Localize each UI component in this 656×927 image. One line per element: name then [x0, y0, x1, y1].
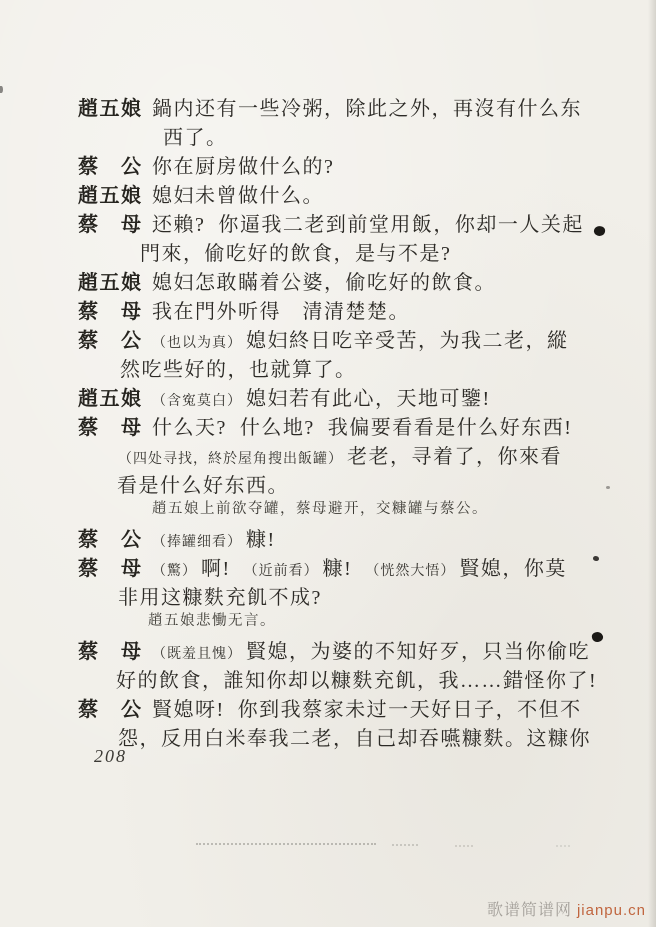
script-line: 非用这糠麩充飢不成? [0, 581, 656, 608]
script-line: 趙五娘 媳妇怎敢瞞着公婆，偷吃好的飲食。 [0, 266, 656, 293]
dialogue-text: 媳妇怎敢瞞着公婆，偷吃好的飲食。 [152, 266, 496, 295]
page-number: 208 [94, 746, 127, 767]
script-line: 蔡 公 （也以为真）媳妇終日吃辛受苦，为我二老，縱 [0, 324, 656, 351]
script-line: 好的飲食，誰知你却以糠麩充飢，我……錯怪你了! [0, 664, 656, 691]
ink-blob [0, 86, 3, 93]
speaker-name: 趙五娘 [78, 92, 143, 121]
scanned-script-page: 趙五娘 鍋内还有一些冷粥，除此之外，再沒有什么东 西了。 蔡 公 你在厨房做什么… [0, 0, 656, 927]
speaker-name: 蔡 母 [78, 552, 143, 581]
watermark-site: 歌谱简谱网 [487, 902, 577, 919]
speaker-name: 趙五娘 [78, 179, 143, 208]
stage-annotation: （恍然大悟） [365, 564, 455, 579]
dialogue-text: （捧罐细看）糠! [152, 523, 276, 552]
scan-artifact-line [196, 843, 376, 845]
stage-annotation: （捧罐细看） [152, 535, 242, 550]
script-line: 趙五娘 媳妇未曾做什么。 [0, 179, 656, 206]
scan-artifact-line [392, 844, 418, 846]
speaker-name: 蔡 公 [78, 523, 143, 552]
stage-annotation: （既羞且愧） [152, 647, 242, 662]
stage-annotation: （四处寻找，終於屋角搜出飯罐） [118, 452, 343, 467]
script-line: 趙五娘 鍋内还有一些冷粥，除此之外，再沒有什么东 [0, 92, 656, 119]
dialogue-text: 什么天? 什么地? 我偏要看看是什么好东西! [152, 411, 572, 440]
speaker-name: 蔡 母 [78, 295, 143, 324]
watermark: 歌谱简谱网 jianpu.cn [487, 897, 646, 920]
scan-artifact-line [556, 845, 570, 847]
scan-artifact-line [455, 845, 473, 847]
stage-annotation: （含寃莫白） [152, 394, 242, 409]
dialogue-text: （既羞且愧）賢媳，为婆的不知好歹，只当你偷吃 [152, 635, 590, 664]
stage-direction: 趙五娘上前欲夺罐，蔡母避开，交糠罐与蔡公。 [152, 497, 488, 518]
stage-direction: 趙五娘悲慟无言。 [148, 609, 276, 630]
script-line: 蔡 母 还賴? 你逼我二老到前堂用飯，你却一人关起 [0, 208, 656, 235]
dialogue-text: 門來，偷吃好的飲食，是与不是? [140, 237, 451, 266]
script-line: 蔡 母 什么天? 什么地? 我偏要看看是什么好东西! [0, 411, 656, 438]
script-line: 怨，反用白米奉我二老，自己却吞嚥糠麩。这糠你 [0, 722, 656, 749]
dialogue-text: 还賴? 你逼我二老到前堂用飯，你却一人关起 [152, 208, 584, 237]
script-line: 西了。 [0, 121, 656, 148]
dialogue-text: （含寃莫白）媳妇若有此心，天地可鑒! [152, 382, 491, 411]
speaker-name: 蔡 公 [78, 150, 143, 179]
speaker-name: 趙五娘 [78, 382, 143, 411]
page-edge-shadow [648, 0, 656, 927]
script-line: 蔡 公 （捧罐细看）糠! [0, 523, 656, 550]
dialogue-text: 非用这糠麩充飢不成? [118, 581, 322, 610]
stage-annotation: （也以为真） [152, 336, 242, 351]
script-line: （四处寻找，終於屋角搜出飯罐）老老，寻着了，你來看 [0, 440, 656, 467]
script-line: 門來，偷吃好的飲食，是与不是? [0, 237, 656, 264]
script-line: 趙五娘 （含寃莫白）媳妇若有此心，天地可鑒! [0, 382, 656, 409]
script-line: 看是什么好东西。 [0, 469, 656, 496]
watermark-domain: jianpu.cn [577, 902, 646, 919]
script-line: 然吃些好的，也就算了。 [0, 353, 656, 380]
script-line: 蔡 公 賢媳呀! 你到我蔡家未过一天好日子，不但不 [0, 693, 656, 720]
dialogue-text: 賢媳呀! 你到我蔡家未过一天好日子，不但不 [152, 693, 582, 722]
speaker-name: 蔡 母 [78, 208, 143, 237]
speaker-name: 趙五娘 [78, 266, 143, 295]
dialogue-text: 鍋内还有一些冷粥，除此之外，再沒有什么东 [152, 92, 582, 121]
dialogue-text: 西了。 [163, 121, 228, 150]
dialogue-text: （也以为真）媳妇終日吃辛受苦，为我二老，縱 [152, 324, 569, 353]
dialogue-text: （驚）啊! （近前看）糠! （恍然大悟）賢媳，你莫 [152, 552, 567, 581]
stage-annotation: （近前看） [244, 564, 319, 579]
ink-blob [593, 556, 599, 561]
script-line: 趙五娘上前欲夺罐，蔡母避开，交糠罐与蔡公。 [0, 497, 656, 524]
stage-annotation: （驚） [152, 564, 197, 579]
dialogue-text: 媳妇未曾做什么。 [152, 179, 324, 208]
speaker-name: 蔡 母 [78, 411, 143, 440]
script-line: 蔡 母 （驚）啊! （近前看）糠! （恍然大悟）賢媳，你莫 [0, 552, 656, 579]
speaker-name: 蔡 母 [78, 635, 143, 664]
dialogue-text: （四处寻找，終於屋角搜出飯罐）老老，寻着了，你來看 [118, 440, 562, 469]
dialogue-text: 然吃些好的，也就算了。 [120, 353, 357, 382]
script-line: 蔡 公 你在厨房做什么的? [0, 150, 656, 177]
ink-blob [606, 486, 610, 489]
dialogue-text: 看是什么好东西。 [117, 469, 289, 498]
dialogue-text: 我在門外听得 清清楚楚。 [152, 295, 410, 324]
script-line: 蔡 母 （既羞且愧）賢媳，为婆的不知好歹，只当你偷吃 [0, 635, 656, 662]
speaker-name: 蔡 公 [78, 693, 143, 722]
dialogue-text: 你在厨房做什么的? [152, 150, 334, 179]
dialogue-text: 怨，反用白米奉我二老，自己却吞嚥糠麩。这糠你 [118, 722, 591, 751]
speaker-name: 蔡 公 [78, 324, 143, 353]
script-line: 趙五娘悲慟无言。 [0, 609, 656, 636]
script-line: 蔡 母 我在門外听得 清清楚楚。 [0, 295, 656, 322]
dialogue-text: 好的飲食，誰知你却以糠麩充飢，我……錯怪你了! [116, 664, 597, 693]
